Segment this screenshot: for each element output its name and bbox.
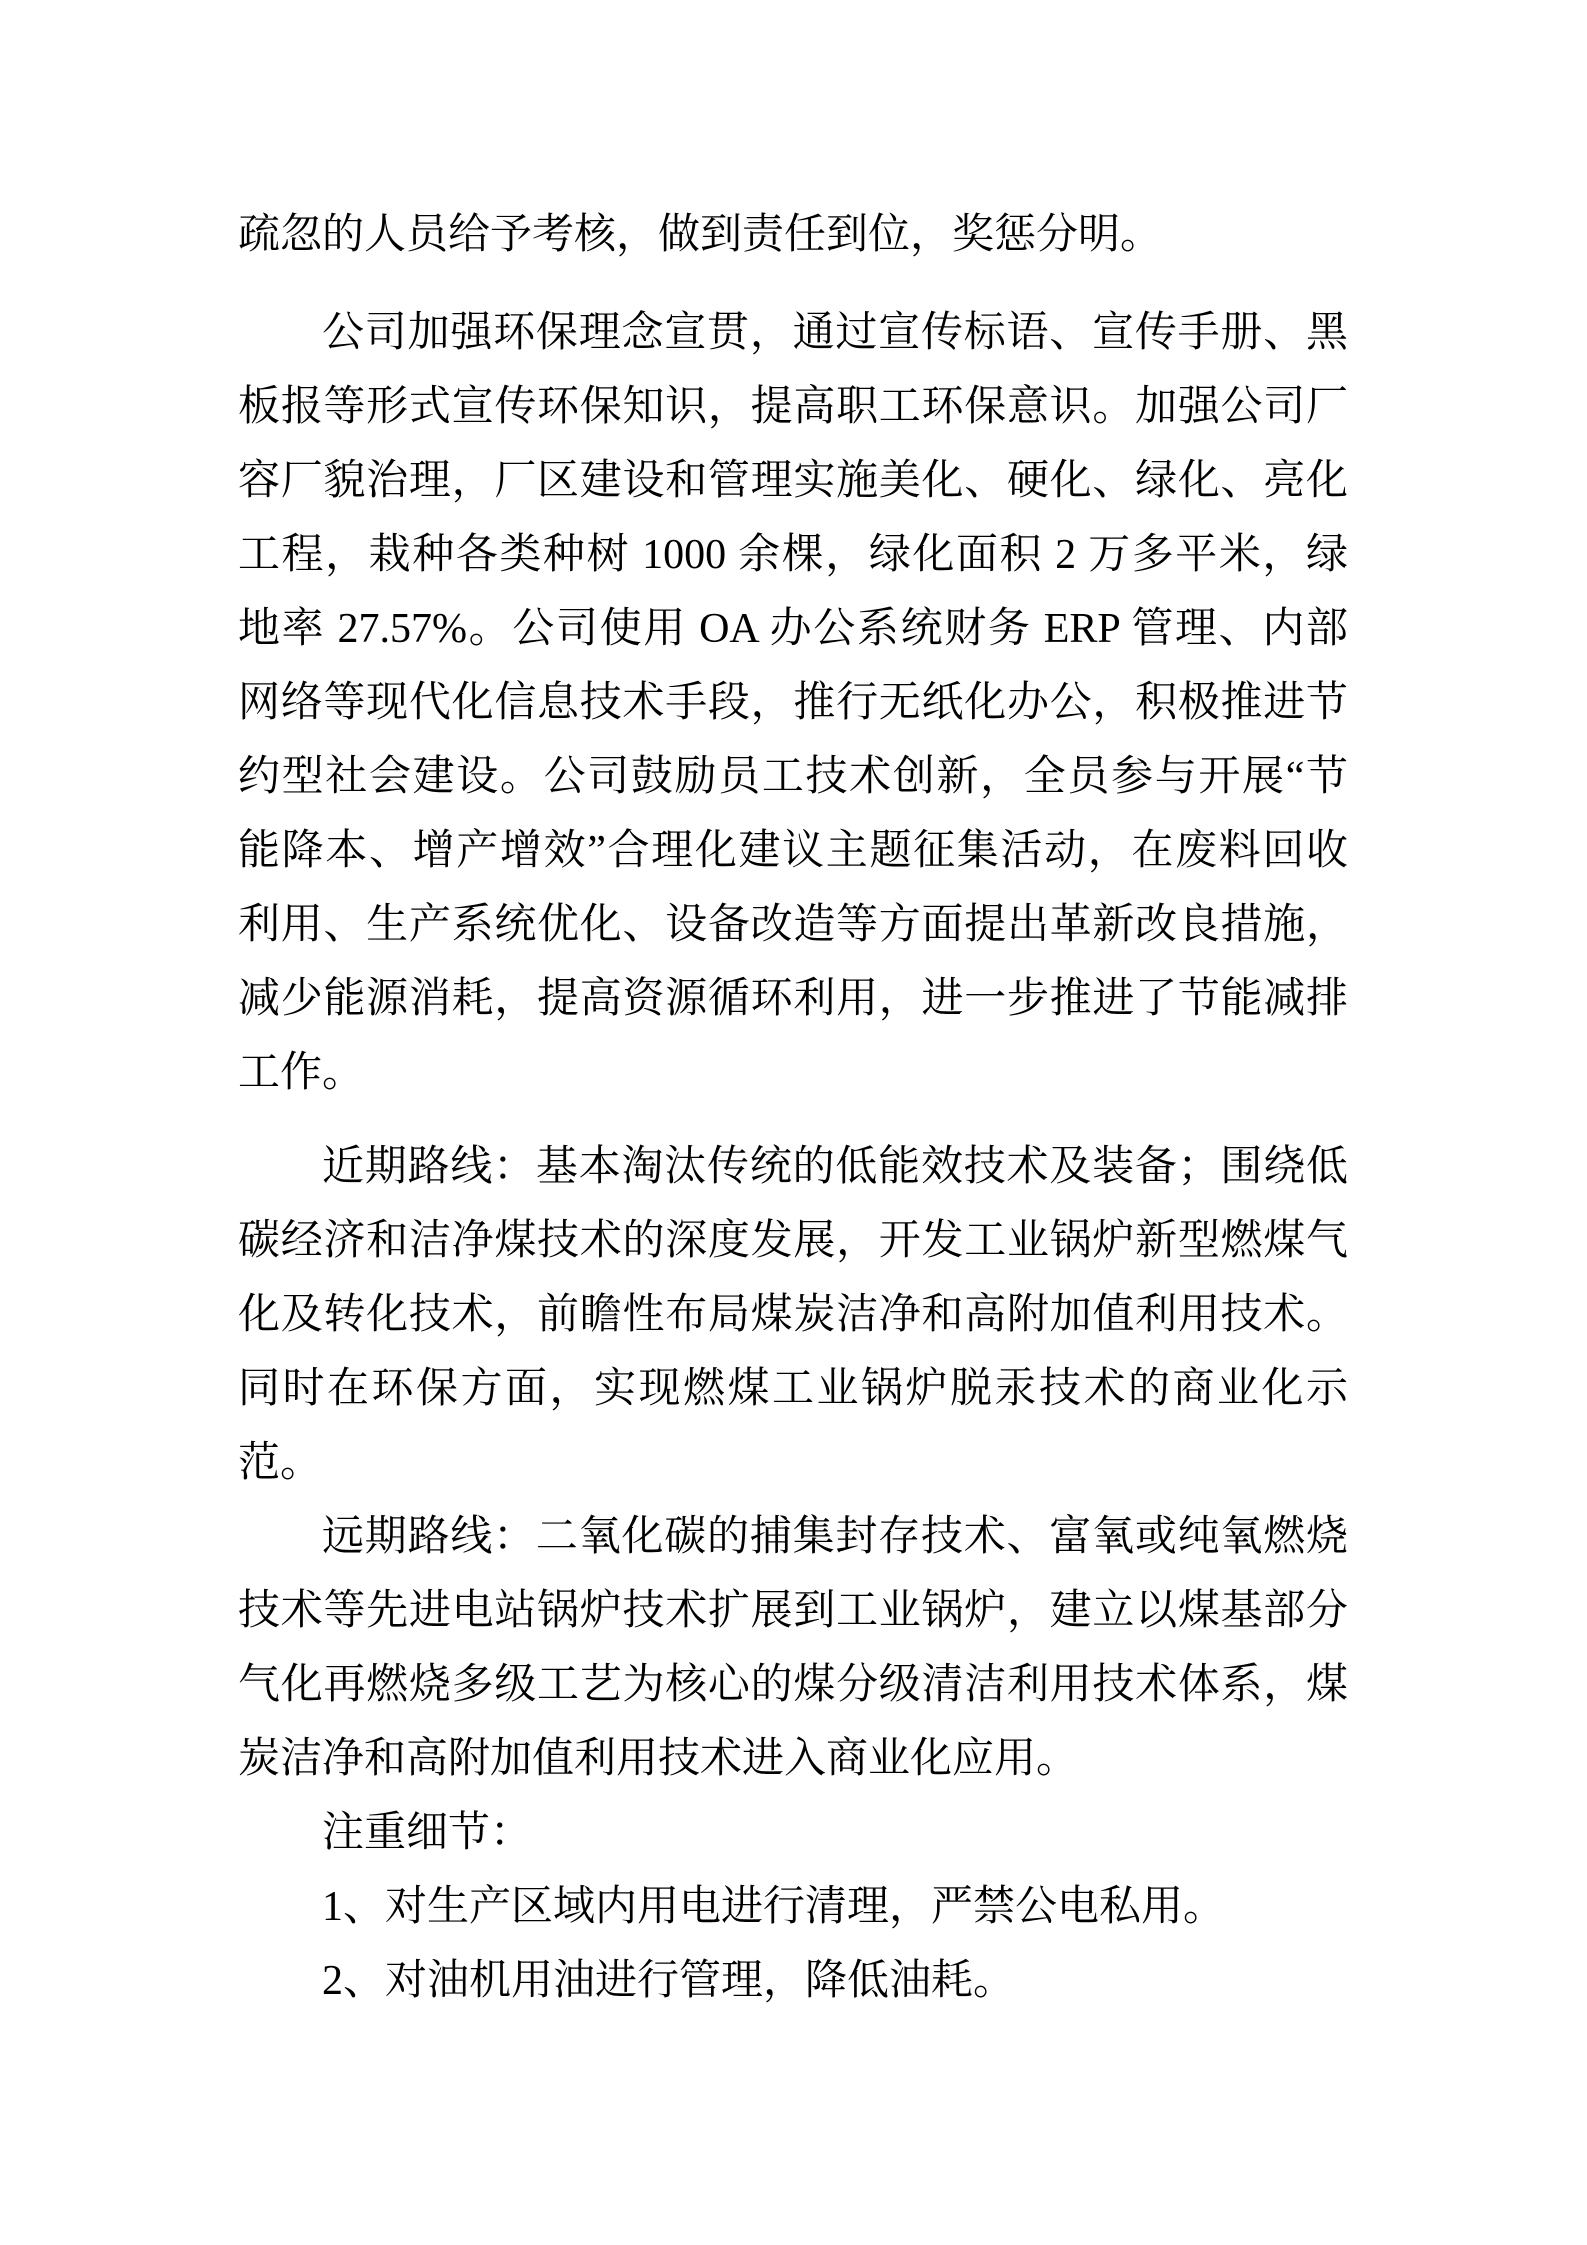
paragraph-near-term-roadmap: 近期路线：基本淘汰传统的低能效技术及装备；围绕低碳经济和洁净煤技术的深度发展，开… [238, 1130, 1348, 1500]
paragraph-assessment-conclusion: 疏忽的人员给予考核，做到责任到位，奖惩分明。 [238, 198, 1348, 272]
paragraph-environmental-promotion: 公司加强环保理念宣贯，通过宣传标语、宣传手册、黑板报等形式宣传环保知识，提高职工… [238, 296, 1348, 1110]
heading-focus-on-details: 注重细节： [238, 1796, 1348, 1870]
paragraph-long-term-roadmap: 远期路线：二氧化碳的捕集封存技术、富氧或纯氧燃烧技术等先进电站锅炉技术扩展到工业… [238, 1500, 1348, 1796]
document-body: 疏忽的人员给予考核，做到责任到位，奖惩分明。 公司加强环保理念宣贯，通过宣传标语… [238, 198, 1348, 2018]
list-item-oil-management: 2、对油机用油进行管理，降低油耗。 [238, 1944, 1348, 2018]
list-item-electricity-management: 1、对生产区域内用电进行清理，严禁公电私用。 [238, 1870, 1348, 1944]
document-page: 疏忽的人员给予考核，做到责任到位，奖惩分明。 公司加强环保理念宣贯，通过宣传标语… [0, 0, 1587, 2245]
